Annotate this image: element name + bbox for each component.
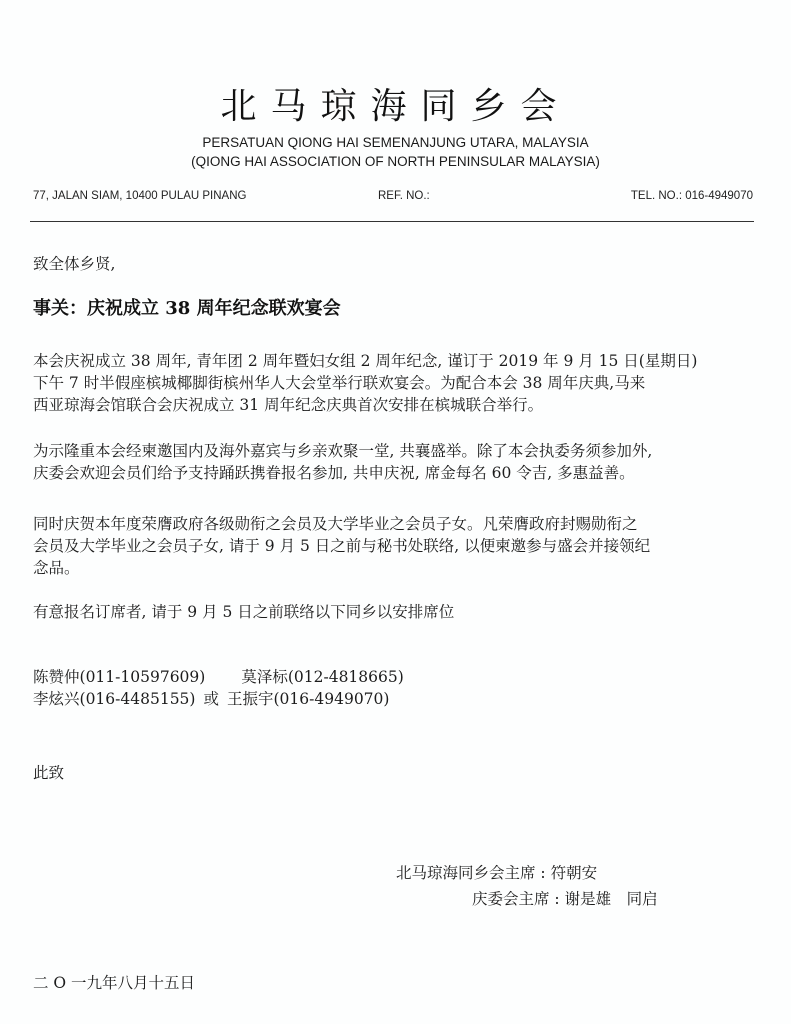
contact-name: 陈赞仲 (33, 666, 80, 688)
paragraph-line: 本会庆祝成立 38 周年, 青年团 2 周年暨妇女组 2 周年纪念, 谨订于 2… (33, 350, 697, 372)
contact-line-2: 李炫兴(016-4485155)或王振宇(016-4949070) (33, 688, 404, 710)
paragraph-3: 同时庆贺本年度荣膺政府各级勋衔之会员及大学毕业之会员子女。凡荣膺政府封赐勋衔之 … (33, 513, 650, 579)
letter-page: 北马琼海同乡会 PERSATUAN QIONG HAI SEMENANJUNG … (0, 0, 791, 1024)
contacts-or: 或 (195, 688, 227, 710)
paragraph-1: 本会庆祝成立 38 周年, 青年团 2 周年暨妇女组 2 周年纪念, 谨订于 2… (33, 350, 697, 416)
paragraph-line: 庆委会欢迎会员们给予支持踊跃携眷报名参加, 共申庆祝, 席金每名 60 令吉, … (33, 462, 652, 484)
paragraph-4: 有意报名订席者, 请于 9 月 5 日之前联络以下同乡以安排席位 (33, 601, 454, 623)
paragraph-line: 西亚琼海会馆联合会庆祝成立 31 周年纪念庆典首次安排在槟城联合举行。 (33, 394, 697, 416)
contact-name: 李炫兴 (33, 688, 80, 710)
contact-name: 莫泽标 (241, 666, 288, 688)
contact-list: 陈赞仲(011-10597609)莫泽标(012-4818665) 李炫兴(01… (33, 666, 404, 710)
telephone-number: TEL. NO.: 016-4949070 (631, 190, 753, 202)
letterhead-divider (30, 221, 754, 222)
subject-line: 事关：庆祝成立 38 周年纪念联欢宴会 (33, 298, 341, 320)
signature-committee-chairman: 庆委会主席 : 谢是雄 同启 (472, 888, 658, 910)
contact-line-1: 陈赞仲(011-10597609)莫泽标(012-4818665) (33, 666, 404, 688)
signature-chairman: 北马琼海同乡会主席 : 符朝安 (396, 862, 597, 884)
closing: 此致 (33, 762, 64, 784)
contact-name: 王振宇 (227, 688, 274, 710)
org-name-malay: PERSATUAN QIONG HAI SEMENANJUNG UTARA, M… (0, 135, 791, 150)
paragraph-line: 会员及大学毕业之会员子女, 请于 9 月 5 日之前与秘书处联络, 以便柬邀参与… (33, 535, 650, 557)
org-name-english: (QIONG HAI ASSOCIATION OF NORTH PENINSUL… (0, 154, 791, 169)
paragraph-line: 下午 7 时半假座槟城椰脚街槟州华人大会堂举行联欢宴会。为配合本会 38 周年庆… (33, 372, 697, 394)
paragraph-line: 念品。 (33, 557, 650, 579)
letter-date: 二 O 一九年八月十五日 (33, 972, 195, 994)
paragraph-line: 有意报名订席者, 请于 9 月 5 日之前联络以下同乡以安排席位 (33, 601, 454, 623)
salutation: 致全体乡贤, (33, 253, 115, 275)
ref-number-label: REF. NO.: (378, 190, 430, 202)
contact-phone: (016-4485155) (80, 688, 196, 710)
org-name-chinese: 北马琼海同乡会 (0, 78, 791, 129)
paragraph-line: 同时庆贺本年度荣膺政府各级勋衔之会员及大学毕业之会员子女。凡荣膺政府封赐勋衔之 (33, 513, 650, 535)
paragraph-line: 为示隆重本会经柬邀国内及海外嘉宾与乡亲欢聚一堂, 共襄盛举。除了本会执委务须参加… (33, 440, 652, 462)
contact-phone: (012-4818665) (288, 666, 404, 688)
address: 77, JALAN SIAM, 10400 PULAU PINANG (33, 190, 246, 202)
paragraph-2: 为示隆重本会经柬邀国内及海外嘉宾与乡亲欢聚一堂, 共襄盛举。除了本会执委务须参加… (33, 440, 652, 484)
contact-phone: (016-4949070) (274, 688, 390, 710)
contact-phone: (011-10597609) (80, 666, 206, 688)
